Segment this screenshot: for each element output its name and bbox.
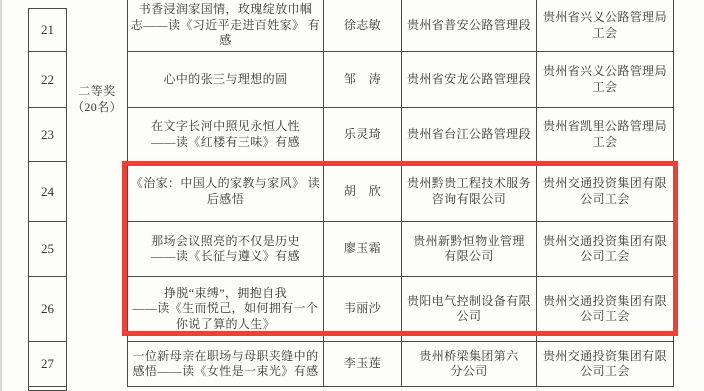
row-number-cell: 22 [28, 52, 67, 108]
scan-edge-artifact [0, 0, 2, 391]
row-number-cell: 24 [28, 162, 67, 222]
award-group-cell: 二等奖 （20名） [67, 0, 127, 387]
name-cell: 胡 欣 [324, 162, 402, 222]
organization-cell: 贵州黔贵工程技术服务 咨询有限公司 [402, 162, 537, 222]
organization-cell: 贵州桥梁集团第六 分公司 [402, 342, 537, 387]
organization-cell: 贵州省普安公路管理段 [402, 0, 537, 52]
union-cell: 贵州交通投资集团有限 公司工会 [537, 277, 674, 342]
union-cell: 贵州交通投资集团有限 公司工会 [537, 222, 674, 277]
title-cell: 那场会议照亮的不仅是历史 ——读《长征与遵义》有感 [127, 222, 324, 277]
name-cell: 徐志敏 [324, 0, 402, 52]
organization-cell: 贵阳电气控制设备有限 公司 [402, 277, 537, 342]
union-cell: 贵州省兴义公路管理局 工会 [537, 0, 674, 52]
row-number-cell: 23 [28, 108, 67, 162]
union-cell: 贵州省凯里公路管理局 工会 [537, 108, 674, 162]
title-cell: 心中的张三与理想的圆 [127, 52, 324, 108]
name-cell: 李玉莲 [324, 342, 402, 387]
title-cell: 一位新母亲在职场与母职夹缝中的 感悟——读《女性是一束光》有感 [127, 342, 324, 387]
row-number-cell: 25 [28, 222, 67, 277]
organization-cell: 贵州新黔恒物业管理 有限公司 [402, 222, 537, 277]
name-cell: 廖玉霜 [324, 222, 402, 277]
title-cell: 《治家：中国人的家教与家风》 读 后感悟 [127, 162, 324, 222]
name-cell: 乐灵琦 [324, 108, 402, 162]
union-cell: 贵州省兴义公路管理局 工会 [537, 52, 674, 108]
award-group-label: 二等奖 （20名） [67, 84, 127, 115]
union-cell: 贵州交通投资集团有限 公司工会 [537, 162, 674, 222]
row-number-cell: 21 [28, 8, 67, 52]
title-cell: 书香浸润家国情，玫瑰绽放巾帼 志——读《习近平走进百姓家》 有 感 [127, 0, 324, 52]
organization-cell: 贵州省安龙公路管理段 [402, 52, 537, 108]
title-cell: 在文字长河中照见永恒人性 ——读《红楼有三味》有感 [127, 108, 324, 162]
scanned-document-page: 21书香浸润家国情，玫瑰绽放巾帼 志——读《习近平走进百姓家》 有 感徐志敏贵州… [0, 0, 704, 391]
name-cell: 韦丽沙 [324, 277, 402, 342]
union-cell: 贵州交通投资集团有限 公司工会 [537, 342, 674, 387]
row-number-cell: 26 [28, 277, 67, 342]
title-cell: 挣脱“束缚”，拥抱自我 ——读《生而悦己，如何拥有一个 你说了算的人生》 [127, 277, 324, 342]
organization-cell: 贵州省台江公路管理段 [402, 108, 537, 162]
name-cell: 邹 涛 [324, 52, 402, 108]
row-number-cell: 27 [28, 342, 67, 387]
